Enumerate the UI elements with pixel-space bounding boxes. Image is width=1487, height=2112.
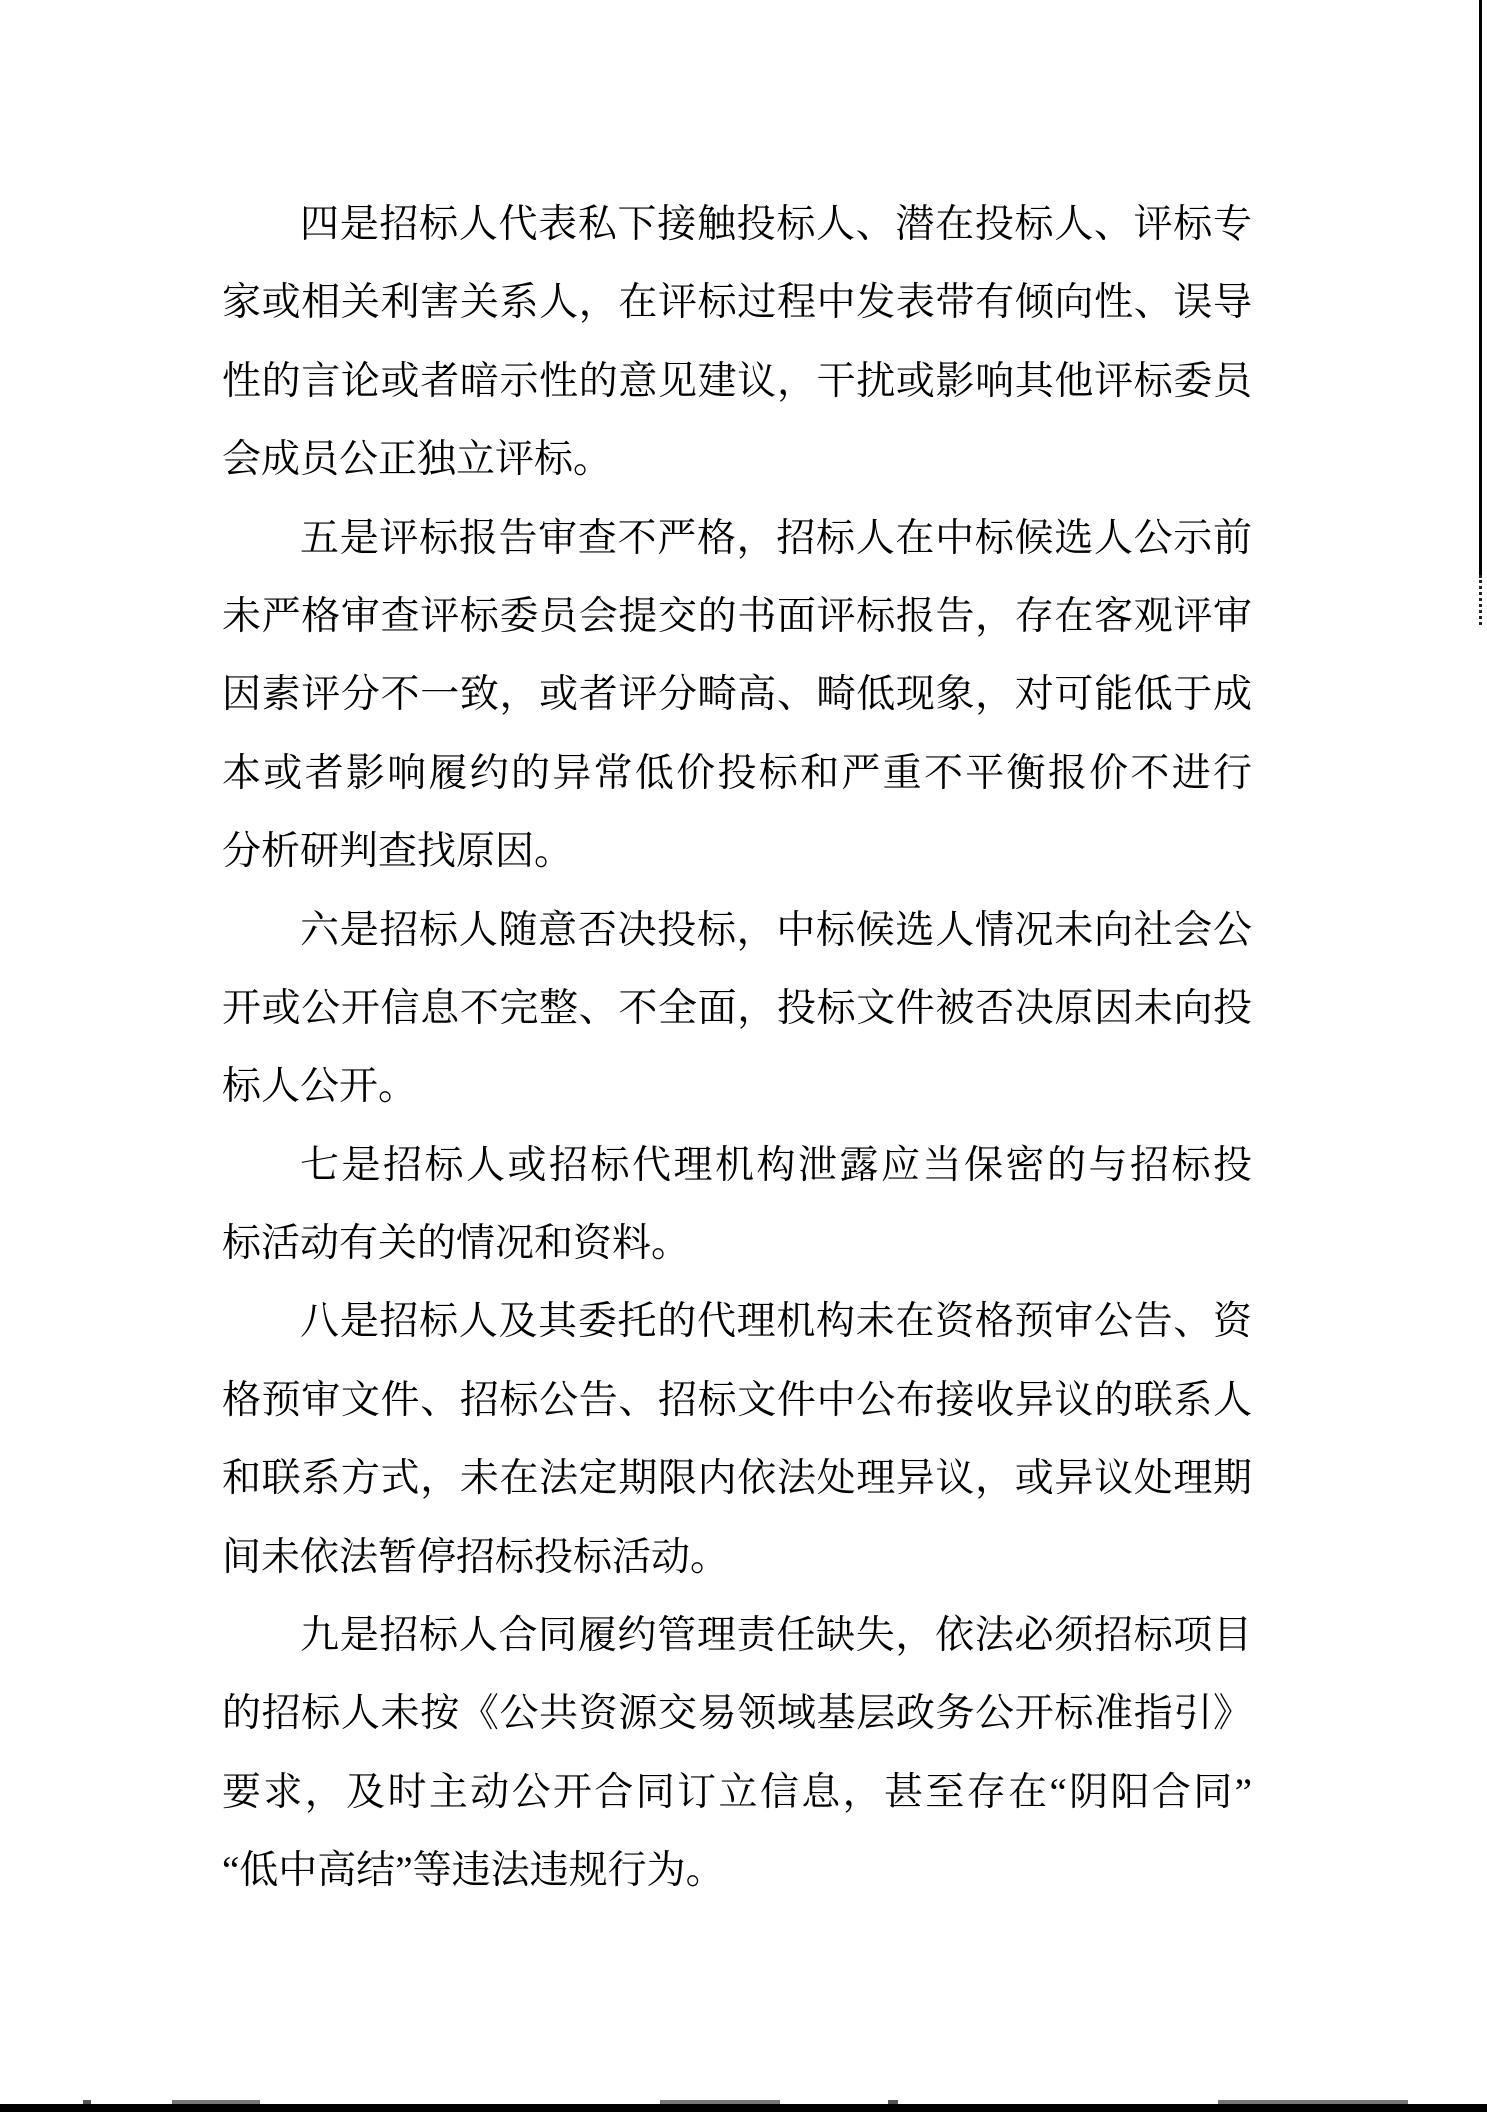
document-text: 四是招标人代表私下接触投标人、潜在投标人、评标专家或相关利害关系人，在评标过程中… xyxy=(222,186,1252,1911)
text-line: 家或相关利害关系人，在评标过程中发表带有倾向性、误导 xyxy=(222,264,1252,342)
text-line: 因素评分不一致，或者评分畸高、畸低现象，对可能低于成 xyxy=(222,656,1252,734)
scan-artifact-right-edge-dotted-line xyxy=(1479,575,1482,625)
text-line: 八是招标人及其委托的代理机构未在资格预审公告、资 xyxy=(222,1283,1252,1361)
text-line: 的招标人未按《公共资源交易领域基层政务公开标准指引》 xyxy=(222,1675,1252,1753)
text-line: 间未依法暂停招标投标活动。 xyxy=(222,1519,1252,1597)
text-line: 开或公开信息不完整、不全面，投标文件被否决原因未向投 xyxy=(222,970,1252,1048)
text-line: 会成员公正独立评标。 xyxy=(222,421,1252,499)
text-line: 本或者影响履约的异常低价投标和严重不平衡报价不进行 xyxy=(222,735,1252,813)
text-line: 七是招标人或招标代理机构泄露应当保密的与招标投 xyxy=(222,1127,1252,1205)
text-line: 六是招标人随意否决投标，中标候选人情况未向社会公 xyxy=(222,892,1252,970)
text-line: 性的言论或者暗示性的意见建议，干扰或影响其他评标委员 xyxy=(222,343,1252,421)
text-line: 五是评标报告审查不严格，招标人在中标候选人公示前 xyxy=(222,500,1252,578)
text-line: 和联系方式，未在法定期限内依法处理异议，或异议处理期 xyxy=(222,1440,1252,1518)
text-line: 九是招标人合同履约管理责任缺失，依法必须招标项目 xyxy=(222,1597,1252,1675)
document-page: 四是招标人代表私下接触投标人、潜在投标人、评标专家或相关利害关系人，在评标过程中… xyxy=(0,0,1487,2112)
text-line: 未严格审查评标委员会提交的书面评标报告，存在客观评审 xyxy=(222,578,1252,656)
text-line: 标活动有关的情况和资料。 xyxy=(222,1205,1252,1283)
text-line: 格预审文件、招标公告、招标文件中公布接收异议的联系人 xyxy=(222,1362,1252,1440)
text-line: 要求，及时主动公开合同订立信息，甚至存在“阴阳合同” xyxy=(222,1754,1252,1832)
text-line: 标人公开。 xyxy=(222,1048,1252,1126)
scan-artifact-right-edge-line xyxy=(1479,0,1482,575)
text-line: 四是招标人代表私下接触投标人、潜在投标人、评标专 xyxy=(222,186,1252,264)
text-line: 分析研判查找原因。 xyxy=(222,813,1252,891)
scan-artifact-bottom-edge xyxy=(0,2104,1487,2112)
text-line: “低中高结”等违法违规行为。 xyxy=(222,1832,1252,1910)
